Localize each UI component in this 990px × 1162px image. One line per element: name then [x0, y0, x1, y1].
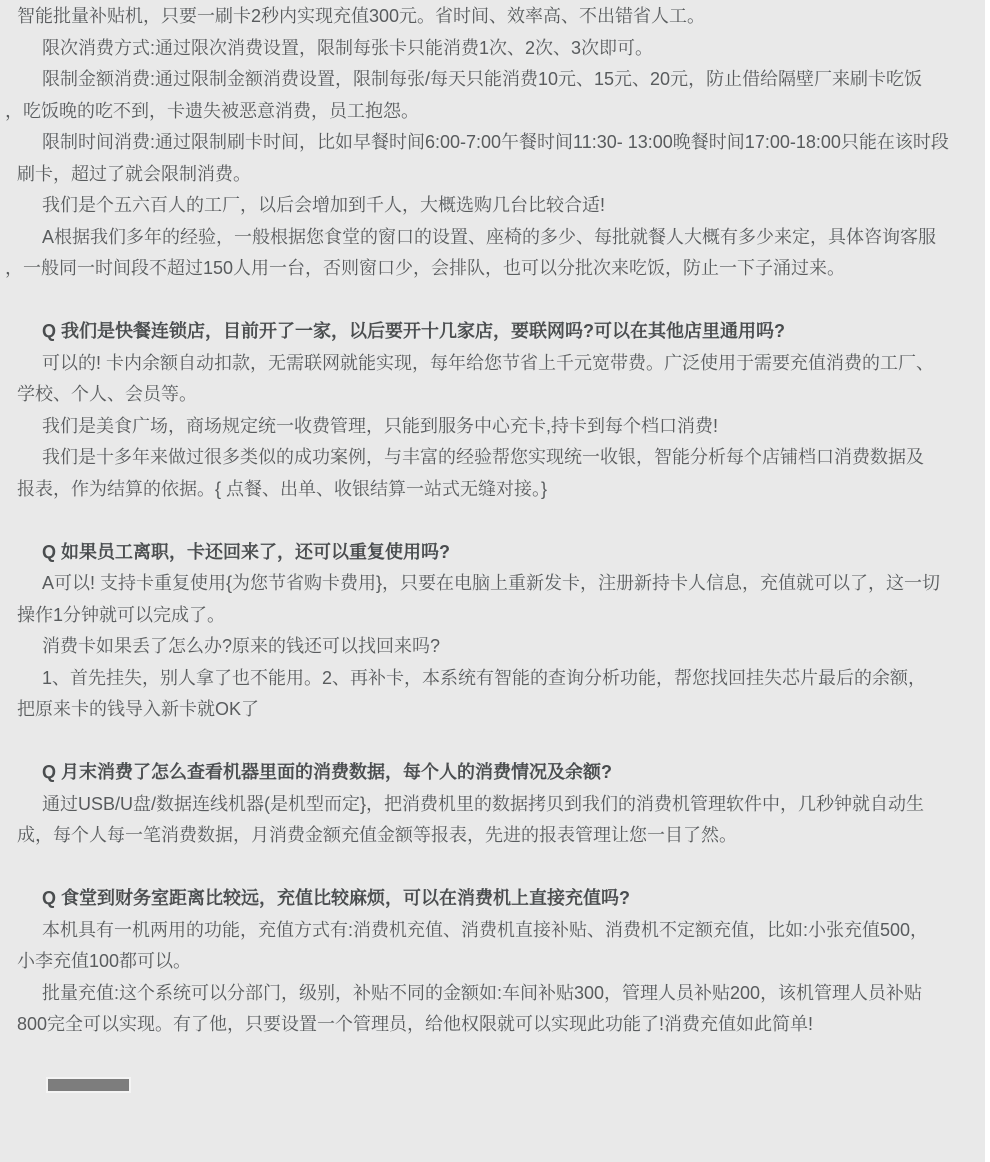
text-line: 小李充值100都可以。 [0, 946, 962, 978]
text-section: Q 食堂到财务室距离比较远，充值比较麻烦，可以在消费机上直接充值吗?本机具有一机… [0, 883, 962, 1041]
question-heading: Q 食堂到财务室距离比较远，充值比较麻烦，可以在消费机上直接充值吗? [0, 883, 962, 915]
content: 智能批量补贴机，只要一刷卡2秒内实现充值300元。省时间、效率高、不出错省人工。… [0, 1, 962, 1041]
text-line: 成，每个人每一笔消费数据，月消费金额充值金额等报表，先进的报表管理让您一目了然。 [0, 820, 962, 852]
text-line: 本机具有一机两用的功能，充值方式有:消费机充值、消费机直接补贴、消费机不定额充值… [0, 915, 962, 947]
text-line: 可以的! 卡内余额自动扣款，无需联网就能实现，每年给您节省上千元宽带费。广泛使用… [0, 348, 962, 380]
right-edge-strip [985, 0, 990, 1162]
text-line: 通过USB/U盘/数据连线机器(是机型而定}，把消费机里的数据拷贝到我们的消费机… [0, 789, 962, 821]
text-line: 我们是个五六百人的工厂，以后会增加到千人，大概选购几台比较合适! [0, 190, 962, 222]
text-line: 限制时间消费:通过限制刷卡时间，比如早餐时间6:00-7:00午餐时间11:30… [0, 127, 962, 159]
question-heading: Q 我们是快餐连锁店，目前开了一家，以后要开十几家店，要联网吗?可以在其他店里通… [0, 316, 962, 348]
text-line: 我们是十多年来做过很多类似的成功案例，与丰富的经验帮您实现统一收银，智能分析每个… [0, 442, 962, 474]
text-line: 消费卡如果丢了怎么办?原来的钱还可以找回来吗? [0, 631, 962, 663]
question-heading: Q 如果员工离职，卡还回来了，还可以重复使用吗? [0, 537, 962, 569]
text-line: 批量充值:这个系统可以分部门，级别，补贴不同的金额如:车间补贴300，管理人员补… [0, 978, 962, 1010]
text-section: 智能批量补贴机，只要一刷卡2秒内实现充值300元。省时间、效率高、不出错省人工。… [0, 1, 962, 285]
text-line: 把原来卡的钱导入新卡就OK了 [0, 694, 962, 726]
text-line: 限次消费方式:通过限次消费设置，限制每张卡只能消费1次、2次、3次即可。 [0, 33, 962, 65]
text-section: Q 如果员工离职，卡还回来了，还可以重复使用吗?A可以! 支持卡重复使用{为您节… [0, 537, 962, 726]
footer-bar [48, 1079, 129, 1091]
text-line: A根据我们多年的经验，一般根据您食堂的窗口的设置、座椅的多少、每批就餐人大概有多… [0, 222, 962, 254]
text-line: 800完全可以实现。有了他，只要设置一个管理员，给他权限就可以实现此功能了!消费… [0, 1009, 962, 1041]
text-line: ，一般同一时间段不超过150人用一台，否则窗口少，会排队，也可以分批次来吃饭，防… [0, 253, 962, 285]
text-section: Q 我们是快餐连锁店，目前开了一家，以后要开十几家店，要联网吗?可以在其他店里通… [0, 316, 962, 505]
text-line: A可以! 支持卡重复使用{为您节省购卡费用}，只要在电脑上重新发卡，注册新持卡人… [0, 568, 962, 600]
text-line: 我们是美食广场，商场规定统一收费管理，只能到服务中心充卡,持卡到每个档口消费! [0, 411, 962, 443]
text-line: 智能批量补贴机，只要一刷卡2秒内实现充值300元。省时间、效率高、不出错省人工。 [0, 1, 962, 33]
text-line: 刷卡，超过了就会限制消费。 [0, 159, 962, 191]
text-section: Q 月末消费了怎么查看机器里面的消费数据，每个人的消费情况及余额?通过USB/U… [0, 757, 962, 852]
text-line: 报表，作为结算的依据。{ 点餐、出单、收银结算一站式无缝对接。} [0, 474, 962, 506]
question-heading: Q 月末消费了怎么查看机器里面的消费数据，每个人的消费情况及余额? [0, 757, 962, 789]
text-line: 操作1分钟就可以完成了。 [0, 600, 962, 632]
text-line: 限制金额消费:通过限制金额消费设置，限制每张/每天只能消费10元、15元、20元… [0, 64, 962, 96]
faq-page: 智能批量补贴机，只要一刷卡2秒内实现充值300元。省时间、效率高、不出错省人工。… [0, 0, 990, 1162]
text-line: 1、首先挂失，别人拿了也不能用。2、再补卡，本系统有智能的查询分析功能，帮您找回… [0, 663, 962, 695]
text-line: 学校、个人、会员等。 [0, 379, 962, 411]
text-line: ，吃饭晚的吃不到，卡遗失被恶意消费，员工抱怨。 [0, 96, 962, 128]
